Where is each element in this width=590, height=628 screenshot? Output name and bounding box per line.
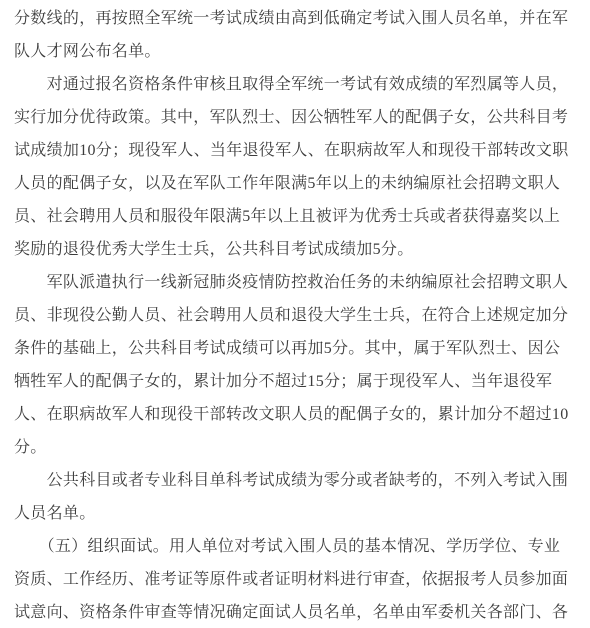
paragraph-bonus-policy: 对通过报名资格条件审核且取得全军统一考试有效成绩的军烈属等人员， 实行加分优待政…: [14, 68, 580, 266]
paragraph-zero-score: 公共科目或者专业科目单科考试成绩为零分或者缺考的，不列入考试入围 人员名单。: [14, 464, 580, 530]
paragraph-covid-bonus: 军队派遣执行一线新冠肺炎疫情防控救治任务的未纳编原社会招聘文职人 员、非现役公勤…: [14, 266, 580, 464]
paragraph-continuation: 分数线的，再按照全军统一考试成绩由高到低确定考试入围人员名单，并在军 队人才网公…: [14, 2, 580, 68]
paragraph-interview-organization: （五）组织面试。用人单位对考试入围人员的基本情况、学历学位、专业 资质、工作经历…: [14, 530, 580, 628]
document-page: 分数线的，再按照全军统一考试成绩由高到低确定考试入围人员名单，并在军 队人才网公…: [0, 0, 590, 628]
